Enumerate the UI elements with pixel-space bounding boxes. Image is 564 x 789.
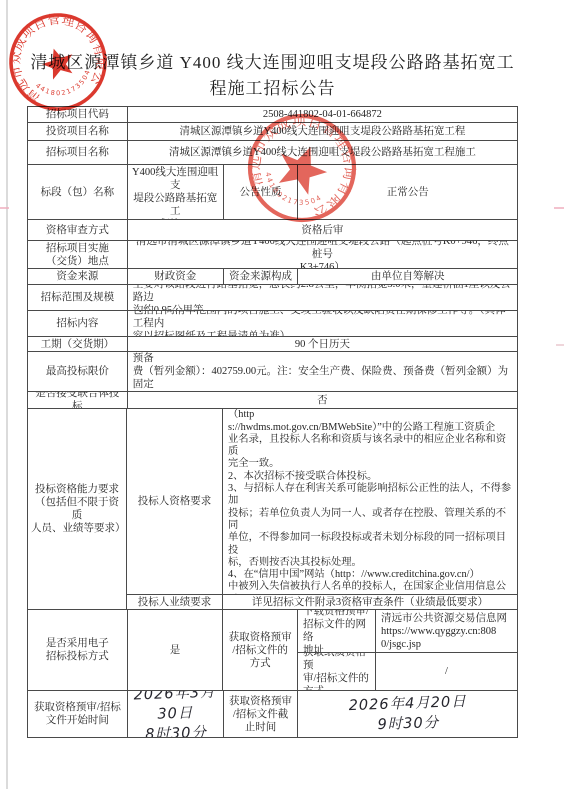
section-label: 标段（包）名称 bbox=[28, 165, 128, 220]
doc-start-time-label: 获取资格预审/招标 文件开始时间 bbox=[28, 691, 128, 738]
section-value: 清城区源潭镇乡道 Y400线大连围迎咀支 堤段公路路基拓宽工 程施工 bbox=[128, 165, 224, 220]
table-row: 招标内容 包括合同清单范围内的项目施工、交竣工验收以及缺陷责任期保修工作等。（具… bbox=[28, 311, 518, 337]
electronic-bidding-label: 是否采用电子 招标投标方式 bbox=[28, 610, 128, 691]
table-row: 最高投标限价 人民币13828046.00元【其中含安全生产费197613.00… bbox=[28, 352, 518, 392]
handwritten-end-time: 2026年4月20日 9时30分 bbox=[348, 692, 467, 736]
table-row: 招标范围及规模 主要对该路段进行路基拓宽，总长约2.8公里，单侧拓宽3.0米，重… bbox=[28, 285, 518, 311]
notice-type-value: 正常公告 bbox=[298, 165, 518, 220]
document-method-group: 下载资格预审/ 招标文件的网络 地址 清远市公共资源交易信息网 https://… bbox=[298, 610, 518, 691]
bidder-qualification-label: 投标人资格要求 bbox=[127, 409, 223, 595]
consortium-label: 是否接受联合体投标 bbox=[28, 392, 128, 409]
funding-composition-label: 资金来源构成 bbox=[224, 269, 299, 285]
download-address-label: 下载资格预审/ 招标文件的网络 地址 bbox=[298, 610, 376, 653]
qualification-method-value: 资格后审 bbox=[128, 220, 518, 241]
funding-label: 资金来源 bbox=[28, 269, 128, 285]
table-subrow: 投标人业绩要求 详见招标文件附录3资格审查条件（业绩最低要求） bbox=[127, 595, 518, 610]
page-title: 清城区源潭镇乡道 Y400 线大连围迎咀支堤段公路路基拓宽工 程施工招标公告 bbox=[27, 50, 518, 102]
scope-label: 招标范围及规模 bbox=[28, 285, 128, 311]
table-subrow: 投标人资格要求 1、本次招标要求投标人须具备上述第2.2款表中所列相应资质， 并… bbox=[127, 409, 518, 595]
project-code-value: 2508-441802-04-01-664872 bbox=[128, 107, 518, 123]
doc-end-time-label: 获取资格预审 /招标文件截 止时间 bbox=[224, 691, 299, 738]
funding-value: 财政资金 bbox=[128, 269, 224, 285]
scan-artifact bbox=[0, 207, 9, 209]
funding-composition-value: 由单位自筹解决 bbox=[298, 269, 518, 285]
handwritten-start-time: 2026年3月30日 8时30分 bbox=[130, 691, 221, 738]
tender-name-label: 招标项目名称 bbox=[28, 141, 128, 165]
scan-edge-line bbox=[6, 0, 8, 789]
duration-value: 90 个日历天 bbox=[128, 337, 518, 352]
table-row: 是否接受联合体投标 否 bbox=[28, 392, 518, 409]
doc-end-time-value: 2026年4月20日 9时30分 bbox=[298, 691, 518, 738]
table-row: 招标项目实施 （交货）地点 清远市清城区源潭镇乡道Y400线大连围迎咀支堤段公路… bbox=[28, 241, 518, 269]
notice-type-label: 公告性质 bbox=[224, 165, 299, 220]
qualification-requirements-group: 投标人资格要求 1、本次招标要求投标人须具备上述第2.2款表中所列相应资质， 并… bbox=[127, 409, 518, 610]
table-row: 资金来源 财政资金 资金来源构成 由单位自筹解决 bbox=[28, 269, 518, 285]
table-row: 投标资格能力要求 （包括但不限于资质 人员、业绩等要求） 投标人资格要求 1、本… bbox=[28, 409, 518, 610]
table-row: 招标项目代码 2508-441802-04-01-664872 bbox=[28, 107, 518, 123]
tender-name-value: 清城区源潭镇乡道Y400线大连围迎咀支堤段公路路基拓宽工程施工 bbox=[128, 141, 518, 165]
table-row: 工期（交货期） 90 个日历天 bbox=[28, 337, 518, 352]
qualification-method-label: 资格审查方式 bbox=[28, 220, 128, 241]
price-limit-label: 最高投标限价 bbox=[28, 352, 128, 392]
table-subrow: 下载资格预审/ 招标文件的网络 地址 清远市公共资源交易信息网 https://… bbox=[298, 610, 518, 653]
investment-name-value: 清城区源潭镇乡道Y400线大连围迎咀支堤段公路路基拓宽工程 bbox=[128, 123, 518, 141]
consortium-value: 否 bbox=[128, 392, 518, 409]
scan-artifact bbox=[554, 207, 564, 209]
content-value: 包括合同清单范围内的项目施工、交竣工验收以及缺陷责任期保修工作等。（具体工程内 … bbox=[128, 311, 518, 337]
project-code-label: 招标项目代码 bbox=[28, 107, 128, 123]
table-row: 标段（包）名称 清城区源潭镇乡道 Y400线大连围迎咀支 堤段公路路基拓宽工 程… bbox=[28, 165, 518, 220]
price-limit-value: 人民币13828046.00元【其中含安全生产费197613.00元，工程保险费… bbox=[128, 352, 518, 392]
location-value: 清远市清城区源潭镇乡道Y400线大连围迎咀支堤段公路（起点桩号K0+946，终点… bbox=[128, 241, 518, 269]
table-row: 获取资格预审/招标 文件开始时间 2026年3月30日 8时30分 获取资格预审… bbox=[28, 691, 518, 738]
location-label: 招标项目实施 （交货）地点 bbox=[28, 241, 128, 269]
table-row: 投资项目名称 清城区源潭镇乡道Y400线大连围迎咀支堤段公路路基拓宽工程 bbox=[28, 123, 518, 141]
paper-document-value: / bbox=[376, 653, 518, 691]
paper-document-label: 获取纸质资格预 审/招标文件的 方式 bbox=[298, 653, 376, 691]
bidder-performance-label: 投标人业绩要求 bbox=[127, 595, 223, 610]
qualification-requirements-label: 投标资格能力要求 （包括但不限于资质 人员、业绩等要求） bbox=[28, 409, 127, 610]
download-address-value: 清远市公共资源交易信息网 https://www.qyggzy.cn:808 0… bbox=[376, 610, 518, 653]
table-row: 是否采用电子 招标投标方式 是 获取资格预审 /招标文件的 方式 下载资格预审/… bbox=[28, 610, 518, 691]
duration-label: 工期（交货期） bbox=[28, 337, 128, 352]
investment-name-label: 投资项目名称 bbox=[28, 123, 128, 141]
electronic-bidding-value: 是 bbox=[128, 610, 224, 691]
tender-notice-table: 招标项目代码 2508-441802-04-01-664872 投资项目名称 清… bbox=[27, 106, 518, 738]
content-label: 招标内容 bbox=[28, 311, 128, 337]
scope-value: 主要对该路段进行路基拓宽，总长约2.8公里，单侧拓宽3.0米，重建桥涵1座以及公… bbox=[128, 285, 518, 311]
bidder-performance-value: 详见招标文件附录3资格审查条件（业绩最低要求） bbox=[223, 595, 518, 610]
scan-artifact bbox=[556, 344, 564, 346]
document-method-label: 获取资格预审 /招标文件的 方式 bbox=[223, 610, 298, 691]
table-subrow: 获取纸质资格预 审/招标文件的 方式 / bbox=[298, 653, 518, 691]
bidder-qualification-value: 1、本次招标要求投标人须具备上述第2.2款表中所列相应资质， 并在人员、设备、资… bbox=[223, 409, 518, 595]
table-row: 招标项目名称 清城区源潭镇乡道Y400线大连围迎咀支堤段公路路基拓宽工程施工 bbox=[28, 141, 518, 165]
doc-start-time-value: 2026年3月30日 8时30分 bbox=[128, 691, 224, 738]
table-row: 资格审查方式 资格后审 bbox=[28, 220, 518, 241]
